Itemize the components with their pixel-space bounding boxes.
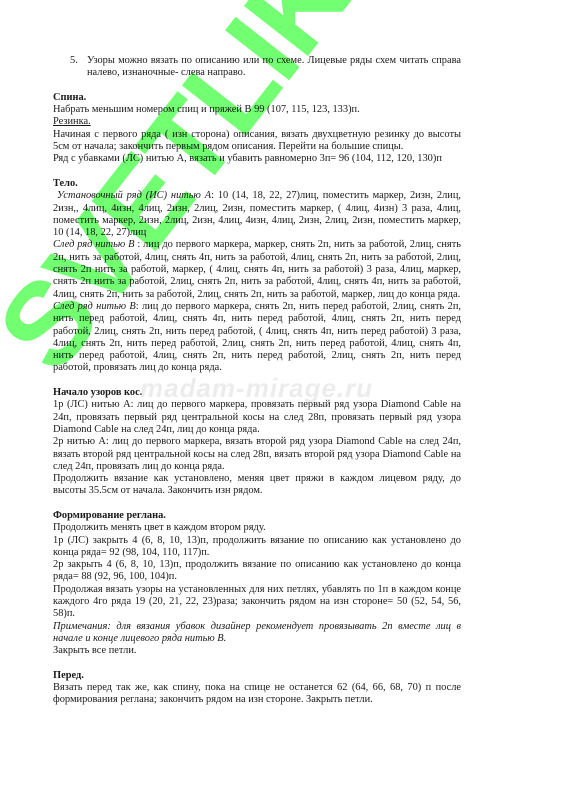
cables-row-2: 2р нитью А: лиц до первого маркера, вяза… xyxy=(53,436,461,473)
section-body: Тело. Установочный ряд (ИС) нитью А: 10 … xyxy=(53,178,461,375)
heading-back: Спина. xyxy=(53,92,461,104)
raglan-line-1: Продолжить менять цвет в каждом втором р… xyxy=(53,522,461,534)
next-row-1: След ряд нитью В : лиц до первого маркер… xyxy=(53,239,461,300)
raglan-row-1: 1р (ЛС) закрыть 4 (6, 8, 10, 13)п, продо… xyxy=(53,535,461,560)
rib-heading: Резинка. xyxy=(53,116,461,128)
raglan-row-2: 2р закрыть 4 (6, 8, 10, 13)п, продолжить… xyxy=(53,559,461,584)
document-content: 5. Узоры можно вязать по описанию или по… xyxy=(53,55,461,707)
decrease-row-text: Ряд с убавками (ЛС) нитью А, вязать и уб… xyxy=(53,153,461,165)
section-front: Перед. Вязать перед так же, как спину, п… xyxy=(53,670,461,707)
heading-raglan: Формирование реглана. xyxy=(53,510,461,522)
section-back: Спина. Набрать меньшим номером спиц и пр… xyxy=(53,92,461,166)
raglan-continue: Продолжая вязать узоры на установленных … xyxy=(53,584,461,621)
heading-front: Перед. xyxy=(53,670,461,682)
document-page: 5. Узоры можно вязать по описанию или по… xyxy=(0,0,565,800)
setup-row-label: Установочный ряд (ИС) нитью А xyxy=(57,190,211,201)
setup-row: Установочный ряд (ИС) нитью А: 10 (14, 1… xyxy=(53,190,461,239)
cables-row-1: 1р (ЛС) нитью А: лиц до первого маркера,… xyxy=(53,399,461,436)
next-row-1-label: След ряд нитью В xyxy=(53,239,134,250)
next-row-2: След ряд нитью В: лиц до первого маркера… xyxy=(53,301,461,375)
heading-cables: Начало узоров кос. xyxy=(53,387,461,399)
cables-continue: Продолжить вязание как установлено, меня… xyxy=(53,473,461,498)
raglan-bind-off: Закрыть все петли. xyxy=(53,645,461,657)
heading-body: Тело. xyxy=(53,178,461,190)
list-item-text: Узоры можно вязать по описанию или по сх… xyxy=(87,55,461,78)
section-raglan: Формирование реглана. Продолжить менять … xyxy=(53,510,461,658)
next-row-2-label: След ряд нитью В xyxy=(53,301,136,312)
section-cables: Начало узоров кос. 1р (ЛС) нитью А: лиц … xyxy=(53,387,461,498)
list-item-5: 5. Узоры можно вязать по описанию или по… xyxy=(70,55,461,80)
front-text: Вязать перед так же, как спину, пока на … xyxy=(53,682,461,707)
list-number: 5. xyxy=(70,55,78,67)
rib-text: Начиная с первого ряда ( изн сторона) оп… xyxy=(53,129,461,154)
cast-on-text: Набрать меньшим номером спиц и пряжей В … xyxy=(53,104,461,116)
raglan-note: Примечания: для вязания убавок дизайнер … xyxy=(53,621,461,646)
